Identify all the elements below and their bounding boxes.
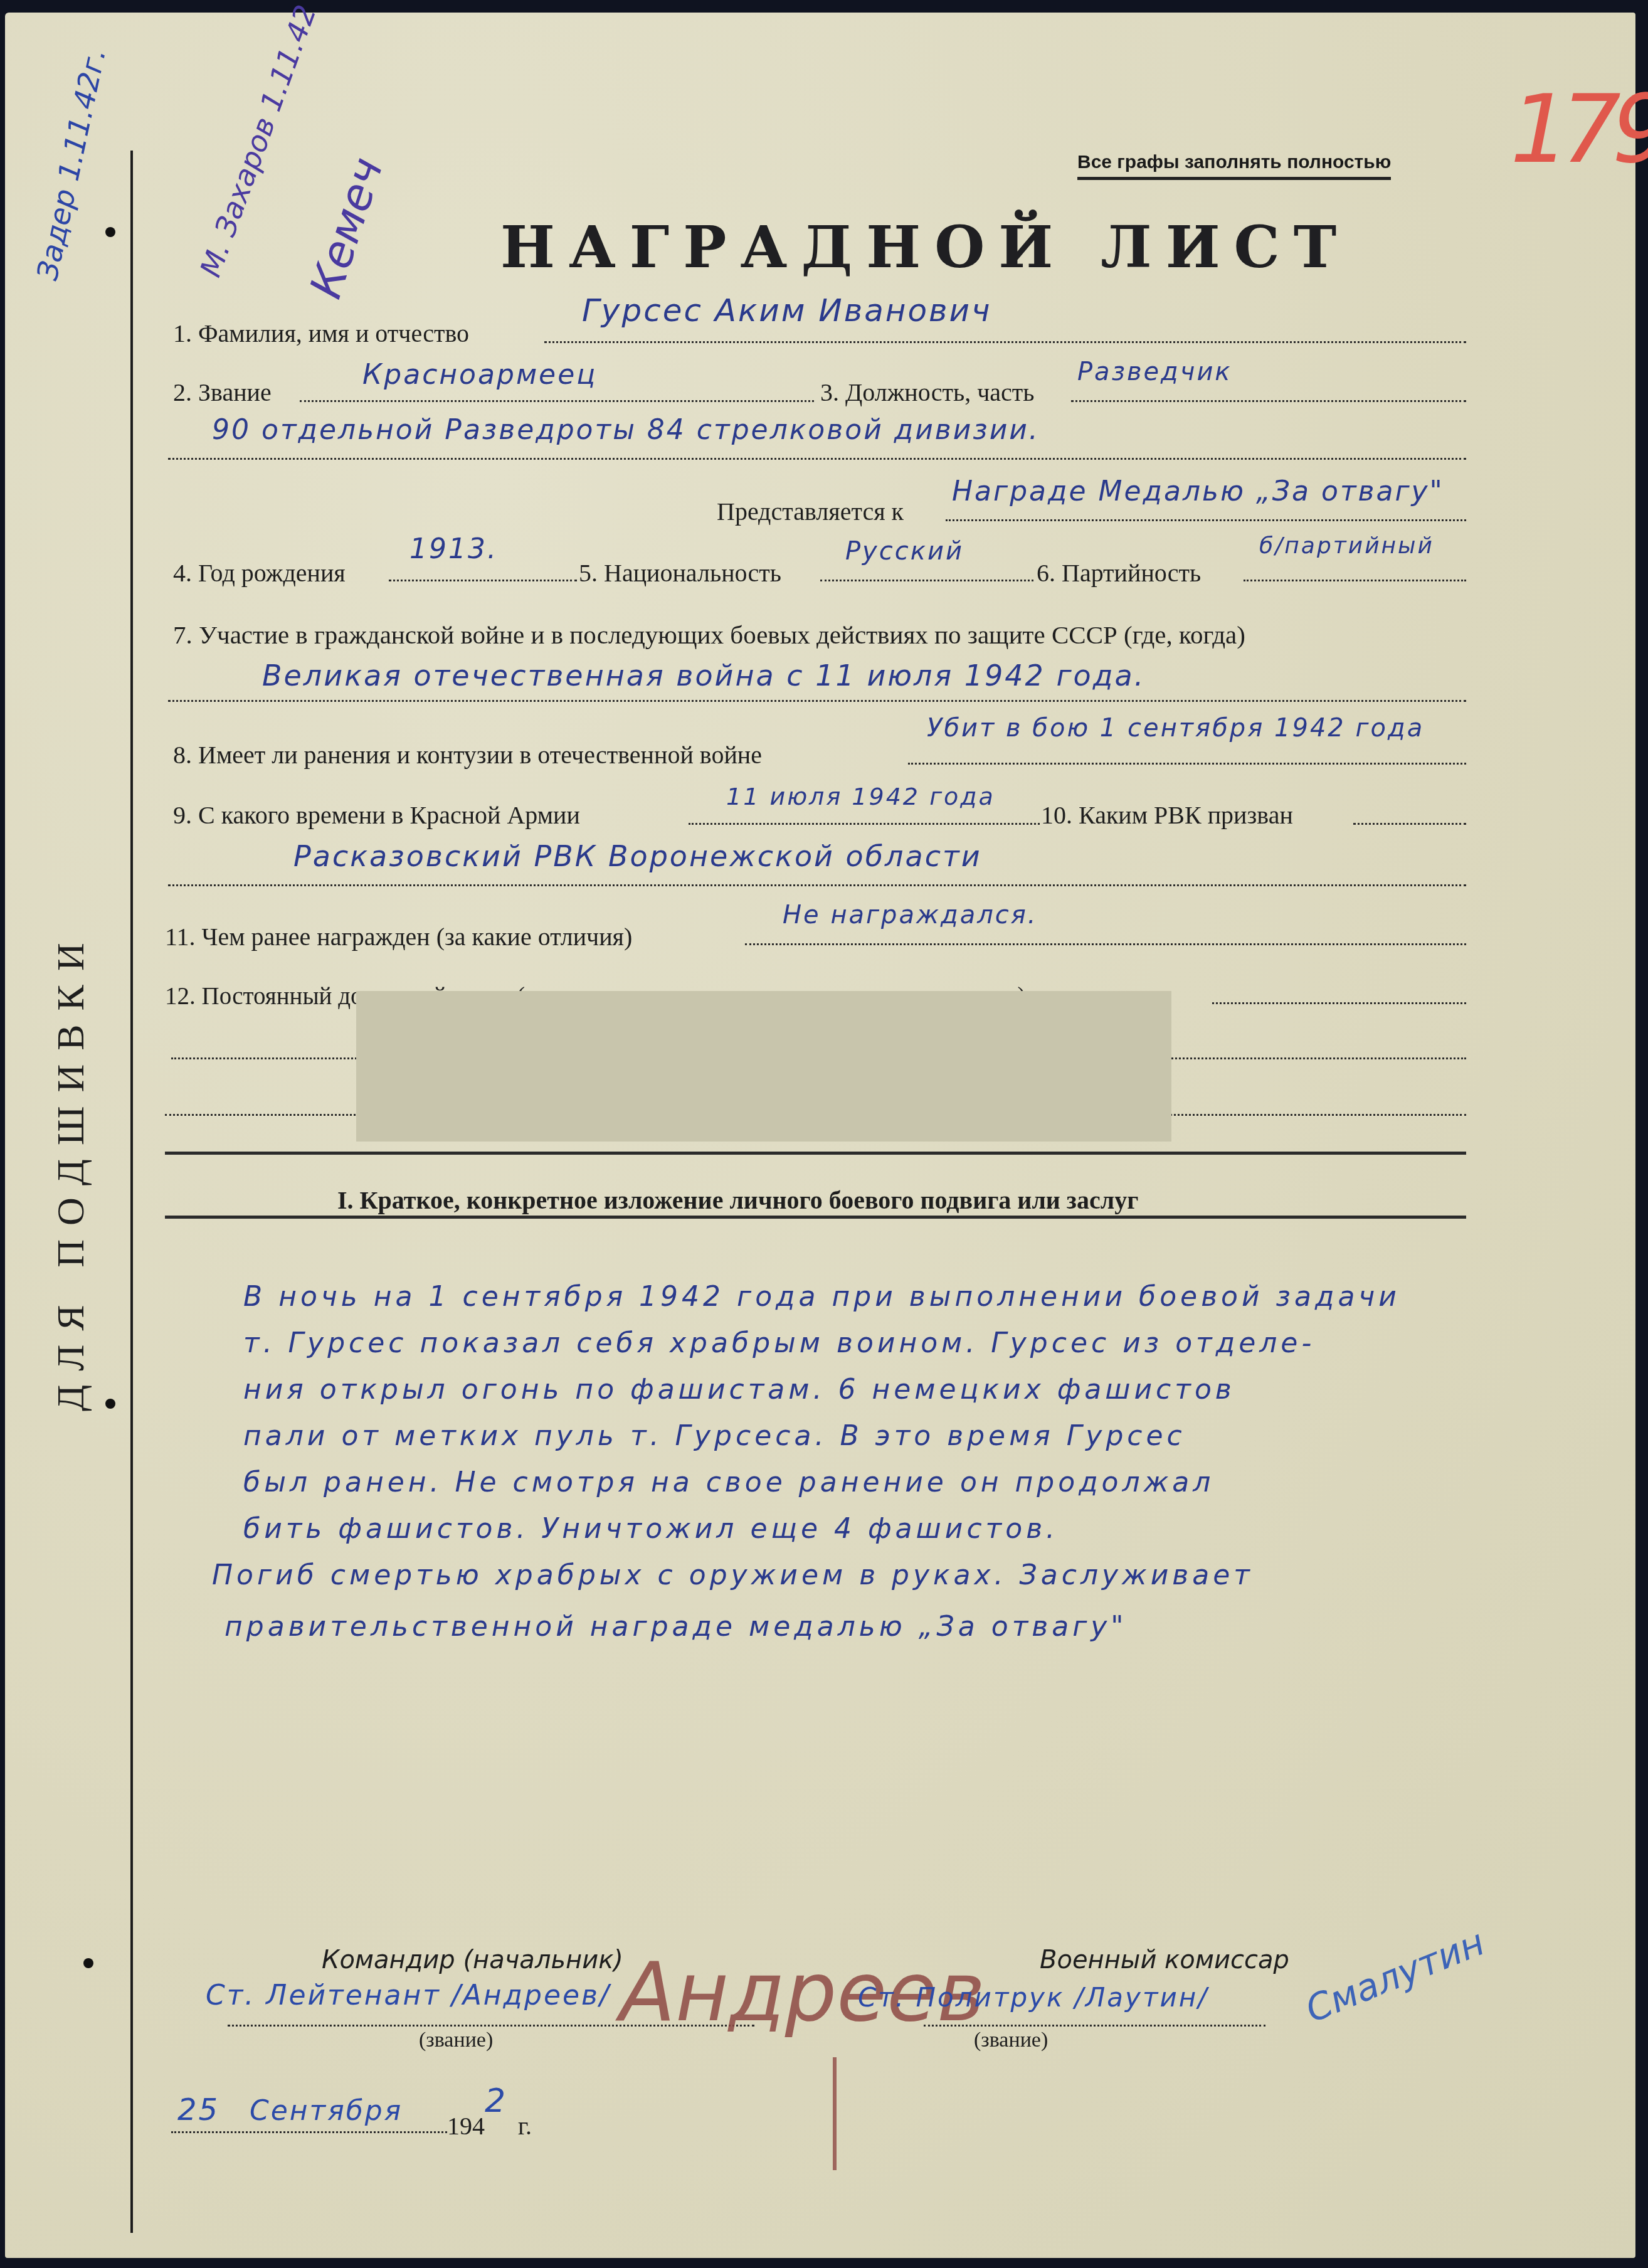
- section-divider-bottom: [165, 1216, 1466, 1219]
- field-1-label: 1. Фамилия, имя и отчество: [173, 319, 469, 348]
- field-7-label: 7. Участие в гражданской войне и в после…: [173, 620, 1245, 650]
- field-9-value: 11 июля 1942 года: [726, 783, 995, 810]
- field-8-label: 8. Имеет ли ранения и контузии в отечест…: [173, 740, 762, 770]
- field-9-label: 9. С какого времени в Красной Армии: [173, 800, 580, 830]
- narrative-line: Погиб смертью храбрых с оружием в руках.…: [212, 1559, 1254, 1591]
- field-8-value: Убит в бою 1 сентября 1942 года: [927, 714, 1424, 743]
- field-4-label: 4. Год рождения: [173, 558, 346, 588]
- field-12-line: [1212, 1002, 1466, 1004]
- field-11-value: Не награждался.: [783, 901, 1038, 930]
- award-sheet-page: ДЛЯ ПОДШИВКИ Задер 1.11.42г. М. Захаров …: [5, 13, 1635, 2258]
- field-4-line: [389, 580, 577, 581]
- field-3-line2: [168, 458, 1466, 460]
- date-month: Сентября: [250, 2095, 403, 2127]
- fill-all-instruction: Все графы заполнять полностью: [1077, 152, 1391, 180]
- field-11-line: [745, 943, 1466, 945]
- field-5-label: 5. Национальность: [579, 558, 781, 588]
- date-year-unit: г.: [518, 2111, 532, 2141]
- commander-rank-caption: (звание): [419, 2028, 493, 2052]
- date-day: 25: [177, 2092, 219, 2128]
- field-2-value: Красноармеец: [362, 359, 597, 391]
- commissar-rank-line: [924, 2025, 1265, 2027]
- field-4-value: 1913.: [409, 533, 498, 565]
- narrative-line: правительственной награде медалью „За от…: [224, 1611, 1128, 1643]
- field-5-line: [820, 580, 1033, 581]
- punch-hole-icon: [105, 227, 115, 237]
- commissar-label: Военный комиссар: [1040, 1946, 1289, 1974]
- binding-margin-label: ДЛЯ ПОДШИВКИ: [49, 929, 93, 1411]
- narrative-line: ния открыл огонь по фашистам. 6 немецких…: [243, 1374, 1235, 1406]
- field-1-value: Гурсес Аким Иванович: [582, 292, 992, 329]
- field-3-value: Разведчик: [1077, 358, 1232, 386]
- field-10-line2: [168, 884, 1466, 886]
- field-1-line: [544, 341, 1466, 343]
- field-7-value: Великая отечественная война с 11 июля 19…: [262, 659, 1145, 692]
- section-divider-top: [165, 1152, 1466, 1155]
- narrative-line: В ночь на 1 сентября 1942 года при выпол…: [243, 1281, 1400, 1313]
- margin-violet-signature: Кемеч: [300, 151, 393, 304]
- field-10-label: 10. Каким РВК призван: [1041, 800, 1293, 830]
- field-11-label: 11. Чем ранее награжден (за какие отличи…: [165, 922, 632, 951]
- margin-note-violet: М. Захаров 1.11.42: [193, 1, 323, 282]
- field-10-value: Расказовский РВК Воронежской области: [293, 839, 982, 873]
- commissar-rank-name: Ст. Политрук /Лаутин/: [858, 1982, 1208, 2013]
- field-9-line: [689, 823, 1040, 825]
- punch-hole-icon: [83, 1958, 93, 1968]
- date-year-prefix: 194: [447, 2111, 485, 2141]
- commander-rank-name: Ст. Лейтенант /Андреев/: [206, 1979, 611, 2011]
- reference-number: 179: [1510, 75, 1648, 184]
- field-2-label: 2. Звание: [173, 378, 272, 407]
- commissar-signature: Смалутин: [1300, 1921, 1491, 2031]
- binding-margin-line: [130, 151, 133, 2233]
- field-3-line: [1071, 400, 1466, 402]
- commissar-rank-caption: (звание): [974, 2028, 1048, 2052]
- field-5-value: Русский: [845, 537, 964, 566]
- margin-note-blue: Задер 1.11.42г.: [30, 45, 112, 283]
- section-1-heading: I. Краткое, конкретное изложение личного…: [337, 1185, 1138, 1215]
- signature-stroke: [833, 2057, 837, 2170]
- award-label: Представляется к: [717, 497, 904, 526]
- narrative-line: пали от метких пуль т. Гурсеса. В это вр…: [243, 1420, 1186, 1452]
- commander-label: Командир (начальник): [322, 1946, 623, 1974]
- page-title: НАГРАДНОЙ ЛИСТ: [500, 213, 1350, 281]
- redacted-address-block: [356, 991, 1171, 1142]
- field-6-value: б/партийный: [1259, 533, 1434, 559]
- field-2-line: [300, 400, 814, 402]
- award-value: Награде Медалью „За отвагу": [952, 475, 1444, 507]
- date-line: [171, 2131, 447, 2133]
- field-6-line: [1244, 580, 1466, 581]
- field-8-line: [908, 763, 1466, 765]
- field-3-value-line2: 90 отдельной Разведроты 84 стрелковой ди…: [212, 414, 1040, 446]
- punch-hole-icon: [105, 1399, 115, 1409]
- field-7-line: [168, 700, 1466, 702]
- field-3-label: 3. Должность, часть: [820, 378, 1035, 407]
- field-6-label: 6. Партийность: [1037, 558, 1201, 588]
- narrative-line: бить фашистов. Уничтожил еще 4 фашистов.: [243, 1513, 1059, 1545]
- date-year-suffix: 2: [485, 2082, 507, 2120]
- field-10-line: [1353, 823, 1466, 825]
- award-line: [946, 519, 1466, 521]
- narrative-line: т. Гурсес показал себя храбрым воином. Г…: [243, 1327, 1315, 1359]
- narrative-line: был ранен. Не смотря на свое ранение он …: [243, 1466, 1214, 1498]
